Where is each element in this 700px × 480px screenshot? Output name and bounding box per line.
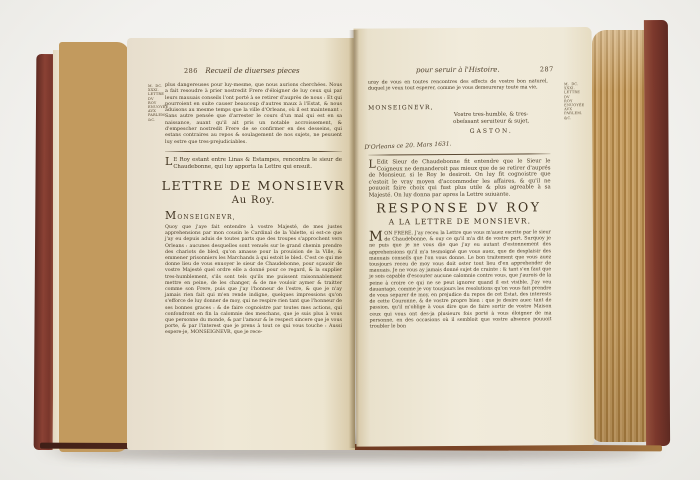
salutation-right: MONSEIGNEVR,	[368, 104, 434, 111]
gutter-shadow	[349, 30, 359, 448]
salutation-left: MONSEIGNEVR,	[165, 209, 236, 222]
right-cover-edge	[644, 20, 670, 446]
editorial-note-right: LEdit Sieur de Chaudebonne fit entendre …	[368, 158, 550, 199]
letter-body-right-text: ON FRERE, J'ay receu la Lettre que vous …	[369, 230, 552, 329]
page-number-right: 287	[540, 65, 554, 73]
signature-gaston: GASTON.	[430, 128, 552, 135]
running-header-right: pour seruir à l'Histoire.	[368, 65, 548, 74]
letter-title: LETTRE DE MONSIEVR	[153, 178, 354, 193]
section-rule-right	[368, 153, 550, 155]
left-page-block-edge	[59, 42, 129, 452]
book-shadow-soft	[60, 450, 640, 460]
response-title: RESPONSE DV ROY	[359, 199, 559, 215]
letter-body-left: Quoy que j'aye fait entendre à vostre Ma…	[165, 225, 342, 337]
right-page-block-edge	[592, 30, 650, 442]
drop-cap-m: M	[369, 231, 384, 243]
dateline: D'Orleans ce 20. Mars 1631.	[364, 140, 451, 151]
left-page: 286 Recueil de diuerses pieces M. DC. XX…	[127, 38, 355, 450]
running-header-left: Recueil de diuerses pieces	[164, 67, 341, 75]
salutation-rest: ONSEIGNEVR,	[177, 214, 235, 221]
letter-body-right: MON FRERE, J'ay receu la Lettre que vous…	[369, 230, 552, 331]
editorial-note-right-text: Edit Sieur de Chaudebonne fit entendre q…	[369, 158, 551, 198]
margin-note-right: M. DC. XXXI. Lettre dv Roy enuoyée avx P…	[564, 82, 580, 120]
closing-line-2: obeïssant seruiteur & sujet,	[430, 118, 552, 125]
photo-background: 286 Recueil de diuerses pieces M. DC. XX…	[0, 0, 700, 480]
continuation-paragraph: uray de vous en toutes rencontres des ef…	[368, 79, 548, 93]
intro-paragraph-left: plus dangereuses pour luy-mesme, que nou…	[165, 82, 342, 145]
right-page: pour seruir à l'Histoire. 287 M. DC. XXX…	[354, 27, 595, 447]
salutation-initial: M	[165, 209, 177, 222]
editorial-note-left-text: E Roy estant entre Linas & Estampes, ren…	[173, 157, 342, 170]
letter-subtitle: Au Roy.	[165, 195, 342, 206]
closing-block: Vostre tres-humble, & tres- obeïssant se…	[430, 111, 552, 136]
section-rule-left	[165, 151, 342, 152]
response-subtitle: A LA LETTRE DE MONSIEVR.	[369, 216, 551, 226]
editorial-note-left: LE Roy estant entre Linas & Estampes, re…	[165, 157, 342, 170]
margin-note-left: M. DC. XXXI. Lettre dv Roy enuoyée avx P…	[148, 84, 163, 122]
